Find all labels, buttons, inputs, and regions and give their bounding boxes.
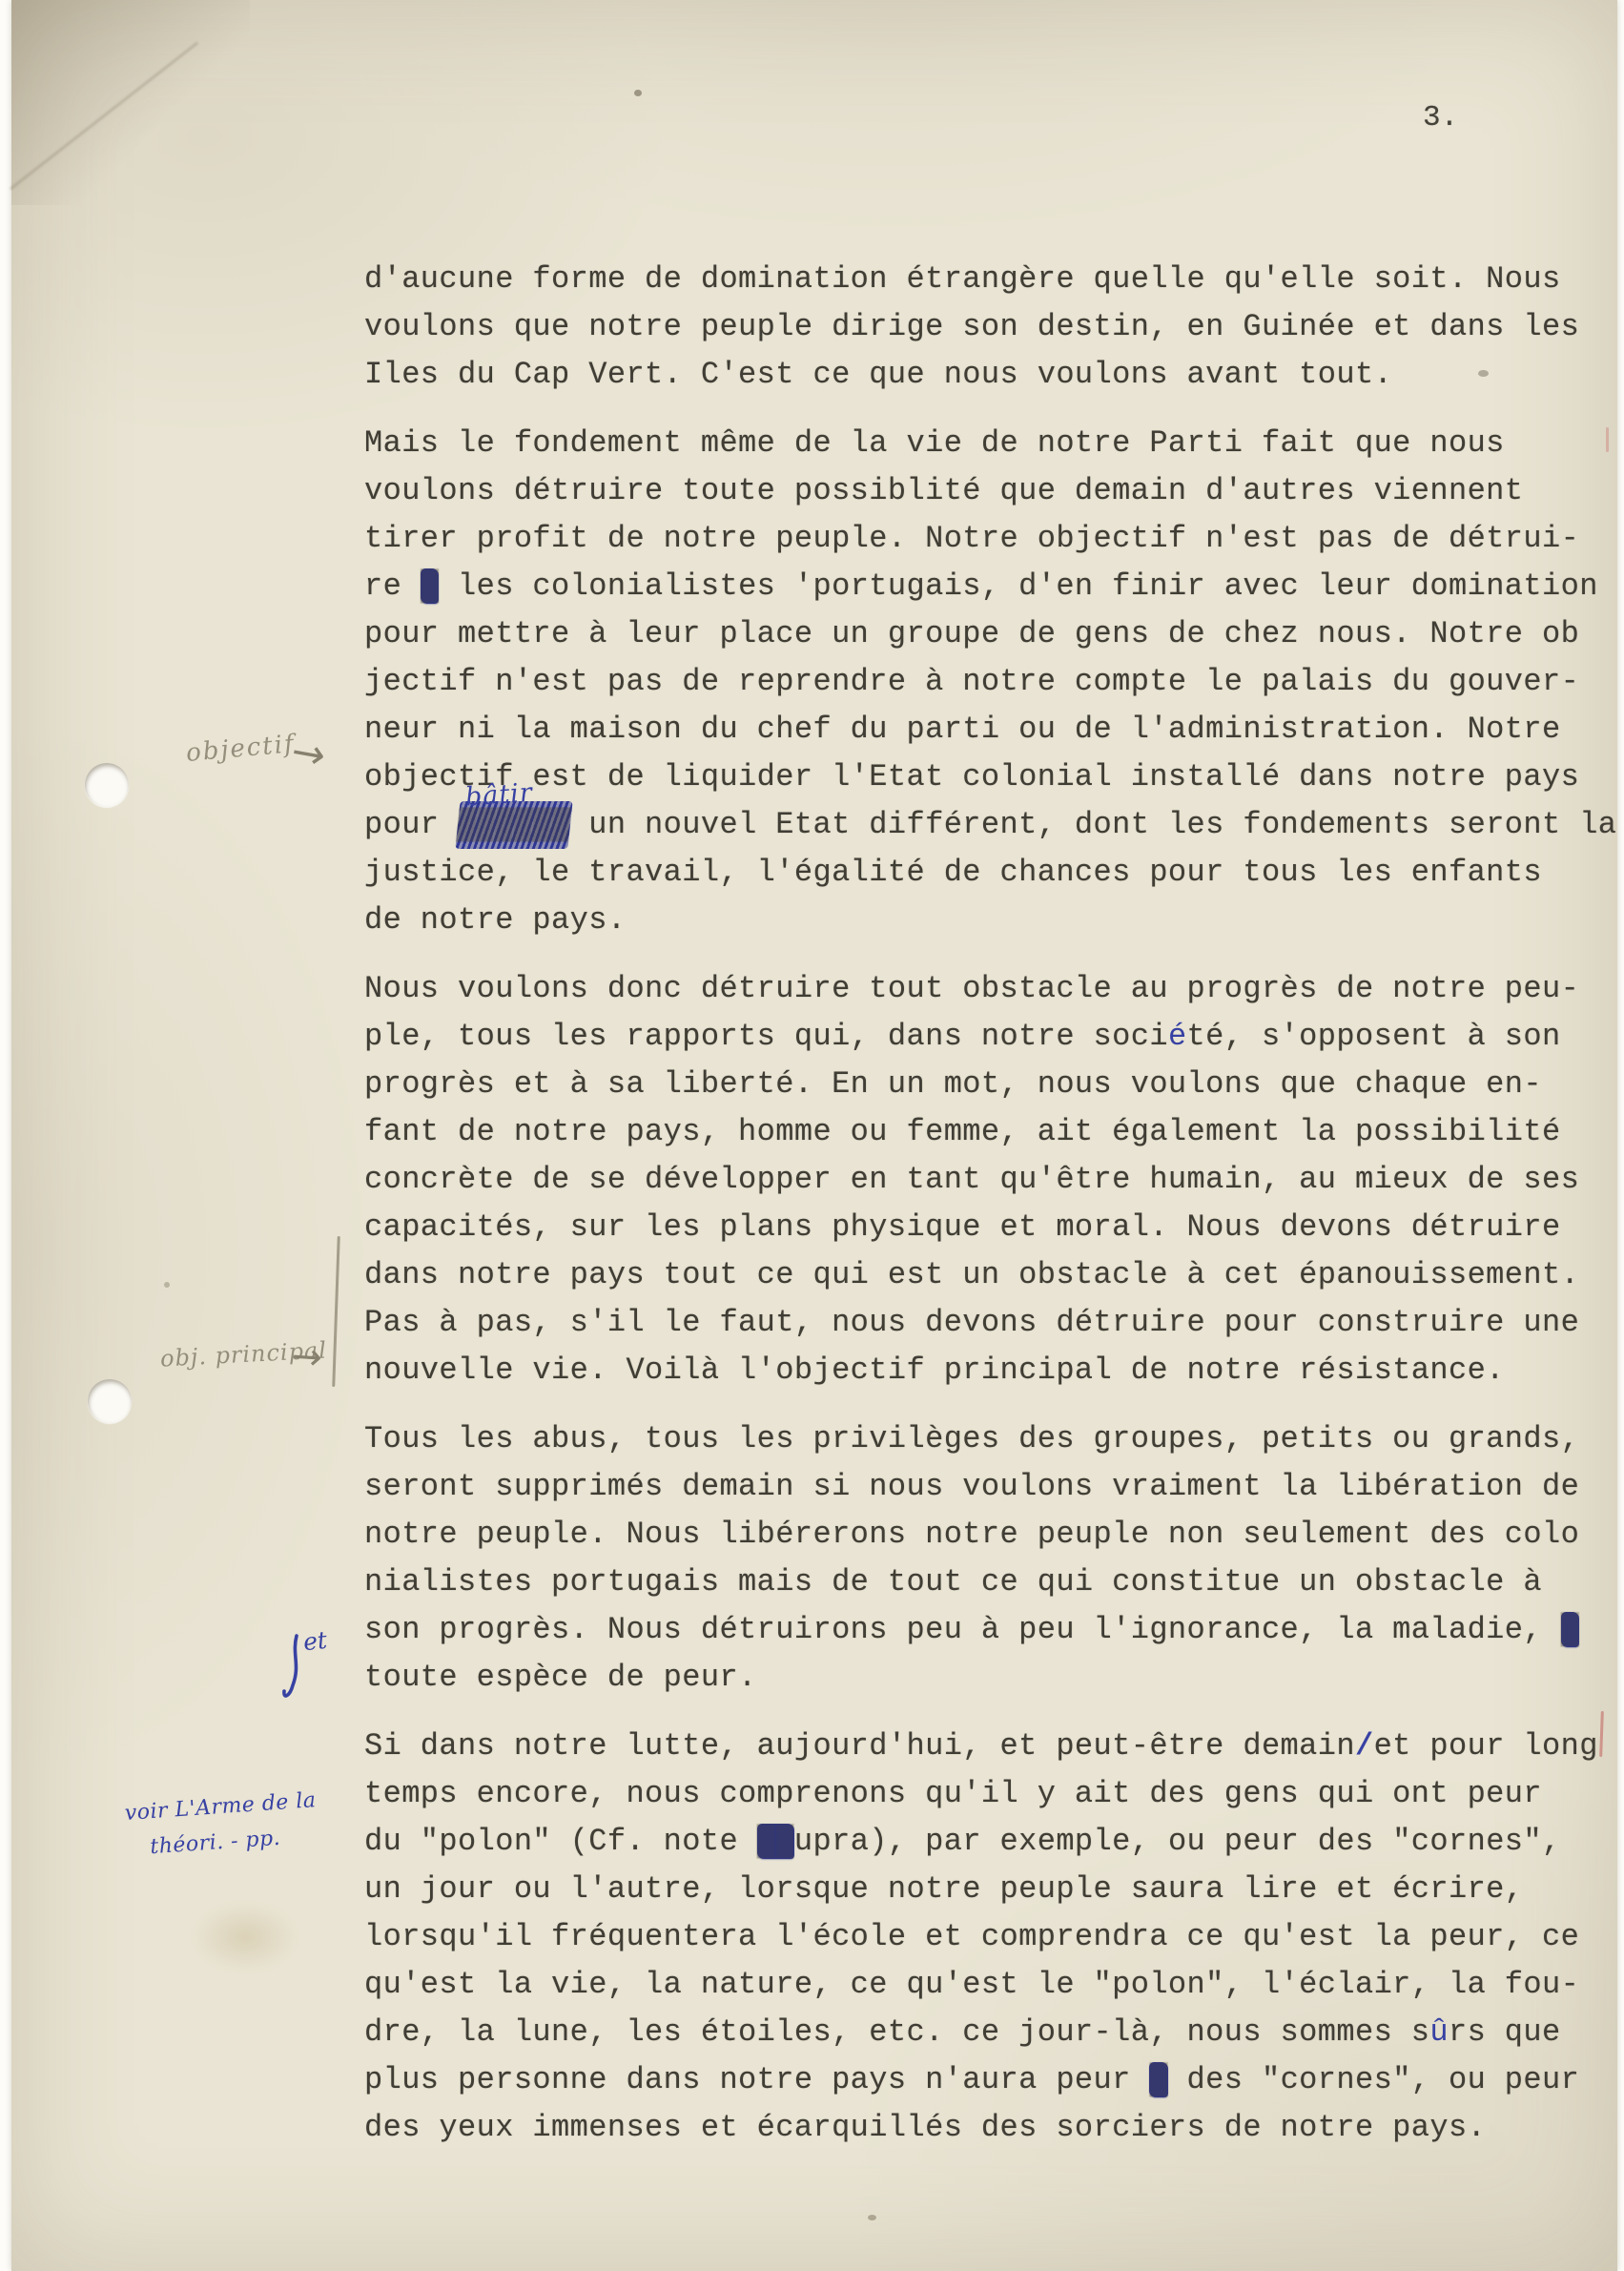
page-number: 3. <box>1423 101 1458 134</box>
text-line: tirer profit de notre peuple. Notre obje… <box>364 515 1618 563</box>
hole-punch <box>85 763 129 807</box>
ink-blot: █ <box>1149 2062 1168 2097</box>
insertion-mark-icon <box>280 1633 305 1707</box>
paper-speck <box>164 1282 170 1288</box>
text-line: jectif n'est pas de reprendre à notre co… <box>364 658 1618 706</box>
text-line: fant de notre pays, homme ou femme, ait … <box>364 1108 1618 1156</box>
paragraph: Mais le fondement même de la vie de notr… <box>364 420 1618 944</box>
insertion-text: et <box>302 1626 329 1656</box>
blue-retouched-character: û <box>1429 2014 1449 2050</box>
text-line: de notre pays. <box>364 897 1618 944</box>
paper-speck <box>868 2215 876 2220</box>
handwritten-correction: bâtir <box>463 770 534 822</box>
text-line: voulons que notre peuple dirige son dest… <box>364 303 1618 351</box>
scanned-document: 3. d'aucune forme de domination étrangèr… <box>0 0 1624 2271</box>
text-line: notre peuple. Nous libérerons notre peup… <box>364 1511 1618 1559</box>
blue-retouched-character: é <box>1168 1019 1187 1054</box>
text-line: dans notre pays tout ce qui est un obsta… <box>364 1251 1618 1299</box>
paper-speck <box>1478 370 1489 377</box>
text-line: re █ les colonialistes 'portugais, d'en … <box>364 563 1618 610</box>
text-line: capacités, sur les plans physique et mor… <box>364 1204 1618 1251</box>
ink-blot: █ <box>1561 1612 1580 1647</box>
ink-blot: ██ <box>757 1824 794 1859</box>
paper-sheet: 3. d'aucune forme de domination étrangèr… <box>11 0 1617 2271</box>
text-line: lorsqu'il fréquentera l'école et compren… <box>364 1913 1618 1961</box>
text-line: concrète de se développer en tant qu'êtr… <box>364 1156 1618 1204</box>
text-line: dre, la lune, les étoiles, etc. ce jour-… <box>364 2009 1618 2056</box>
ink-blot: █ <box>421 568 440 604</box>
paper-speck <box>634 90 642 96</box>
text-line: Iles du Cap Vert. C'est ce que nous voul… <box>364 351 1618 399</box>
paragraph: Nous voulons donc détruire tout obstacle… <box>364 965 1618 1394</box>
text-line: temps encore, nous comprenons qu'il y ai… <box>364 1770 1618 1818</box>
text-line: d'aucune forme de domination étrangère q… <box>364 256 1618 303</box>
text-line: Nous voulons donc détruire tout obstacle… <box>364 965 1618 1013</box>
pen-stroke-character: / <box>1355 1728 1374 1764</box>
paragraph: Tous les abus, tous les privilèges des g… <box>364 1415 1618 1702</box>
text-line: Si dans notre lutte, aujourd'hui, et peu… <box>364 1723 1618 1770</box>
text-line: voulons détruire toute possiblité que de… <box>364 467 1618 515</box>
reference-line-2: théori. - pp. <box>149 1818 319 1865</box>
text-line: ple, tous les rapports qui, dans notre s… <box>364 1013 1618 1061</box>
paragraph: d'aucune forme de domination étrangère q… <box>364 256 1618 399</box>
corner-fold-shadow <box>11 0 250 205</box>
text-line: qu'est la vie, la nature, ce qu'est le "… <box>364 1961 1618 2009</box>
margin-note-objectif: objectif <box>185 730 297 768</box>
margin-note-reference: voir L'Arme de la théori. - pp. <box>124 1783 320 1867</box>
text-line: progrès et à sa liberté. En un mot, nous… <box>364 1061 1618 1108</box>
text-line: nouvelle vie. Voilà l'objectif principal… <box>364 1347 1618 1394</box>
text-line: Tous les abus, tous les privilèges des g… <box>364 1415 1618 1463</box>
paper-stain <box>193 1903 298 1972</box>
red-pencil-mark <box>1606 427 1609 452</box>
text-line: pour mettre à leur place un groupe de ge… <box>364 610 1618 658</box>
pencil-margin-line <box>332 1236 340 1387</box>
text-line: seront supprimés demain si nous voulons … <box>364 1463 1618 1511</box>
text-line: justice, le travail, l'égalité de chance… <box>364 849 1618 897</box>
text-line: un jour ou l'autre, lorsque notre peuple… <box>364 1866 1618 1913</box>
text-line: Pas à pas, s'il le faut, nous devons dét… <box>364 1299 1618 1347</box>
text-line: des yeux immenses et écarquillés des sor… <box>364 2104 1618 2152</box>
text-line: plus personne dans notre pays n'aura peu… <box>364 2056 1618 2104</box>
text-line: objectif est de liquider l'Etat colonial… <box>364 754 1618 801</box>
text-line: nialistes portugais mais de tout ce qui … <box>364 1559 1618 1606</box>
hole-punch <box>88 1379 132 1423</box>
pencil-arrow-icon: → <box>288 727 329 778</box>
margin-insertion-et: et <box>280 1629 347 1705</box>
typed-text: d'aucune forme de domination étrangère q… <box>364 256 1618 2173</box>
text-line: son progrès. Nous détruirons peu à peu l… <box>364 1606 1618 1654</box>
pencil-arrow-icon: → <box>291 1334 324 1378</box>
text-line: Mais le fondement même de la vie de notr… <box>364 420 1618 467</box>
text-line: pour ██████bâtir un nouvel Etat différen… <box>364 801 1618 849</box>
text-line: du "polon" (Cf. note ██upra), par exempl… <box>364 1818 1618 1866</box>
text-line: neur ni la maison du chef du parti ou de… <box>364 706 1618 754</box>
paragraph: Si dans notre lutte, aujourd'hui, et peu… <box>364 1723 1618 2152</box>
corrected-word: ██████bâtir <box>458 801 570 849</box>
text-line: toute espèce de peur. <box>364 1654 1618 1702</box>
